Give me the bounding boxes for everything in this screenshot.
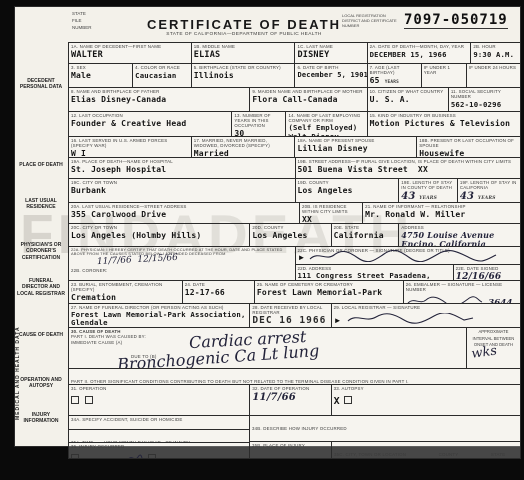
document-subtitle: STATE OF CALIFORNIA—DEPARTMENT OF PUBLIC… bbox=[119, 32, 369, 37]
field-value: DECEMBER 15, 1966 bbox=[370, 50, 469, 59]
field-label: 24. DATE bbox=[185, 282, 252, 287]
field-value: 12-17-66 bbox=[185, 288, 252, 297]
field-value: 30 bbox=[234, 129, 283, 136]
field-birthplace: 5. BIRTHPLACE (STATE OR COUNTRY) Illinoi… bbox=[191, 64, 295, 87]
field-physician-statement: 22A. PHYSICIAN: I HEREBY CERTIFY THAT DE… bbox=[69, 247, 295, 280]
interval-value: 3 wks bbox=[466, 343, 498, 363]
field-residence-city: 20C. CITY OR TOWN Los Angeles (Holmby Hi… bbox=[69, 224, 249, 246]
field-value: St. Joseph Hospital bbox=[71, 165, 293, 174]
field-interval: APPROXIMATE INTERVAL BETWEEN ONSET AND D… bbox=[466, 328, 520, 368]
field-physician-address: 22D. ADDRESS 111 Congress Street Pasaden… bbox=[296, 265, 453, 280]
field-label: 19A. PLACE OF DEATH—NAME OF HOSPITAL bbox=[71, 159, 293, 164]
field-cause-part1: 30. CAUSE OF DEATH PART I. DEATH WAS CAU… bbox=[69, 328, 466, 368]
field-residence-state: 20E. STATE California bbox=[331, 224, 399, 246]
autopsy-checkbox bbox=[344, 396, 352, 404]
field-label: 5. BIRTHPLACE (STATE OR COUNTRY) bbox=[194, 65, 293, 70]
row-certification: 22A. PHYSICIAN: I HEREBY CERTIFY THAT DE… bbox=[69, 246, 520, 280]
field-label: 34A. SPECIFY ACCIDENT, SUICIDE OR HOMICI… bbox=[71, 417, 247, 422]
field-value: December 5, 1901 bbox=[297, 71, 364, 79]
operation-no-checkbox bbox=[85, 396, 93, 404]
field-physician-signature: 22C. PHYSICIAN OR CORONER — SIGNATURE (D… bbox=[296, 247, 521, 265]
field-accident-type: 34A. SPECIFY ACCIDENT, SUICIDE OR HOMICI… bbox=[69, 416, 249, 429]
physician-signature-scrawl bbox=[308, 250, 498, 262]
field-first-name: 1A. NAME OF DECEDENT—FIRST NAME WALTER bbox=[69, 43, 191, 63]
field-if-under-1-year: IF UNDER 1 YEAR bbox=[421, 64, 466, 87]
field-label: 22E. DATE SIGNED bbox=[456, 266, 518, 271]
field-value: Los Angeles (Holmby Hills) bbox=[71, 231, 247, 240]
field-label: 1B. MIDDLE NAME bbox=[194, 44, 293, 49]
field-label: 32. DATE OF OPERATION bbox=[252, 386, 328, 391]
field-value: Mr. Ronald W. Miller bbox=[365, 210, 518, 219]
field-label: 19D. COUNTY bbox=[298, 180, 397, 185]
field-father: 8. NAME AND BIRTHPLACE OF FATHER Elias D… bbox=[69, 88, 249, 111]
field-mother: 9. MAIDEN NAME AND BIRTHPLACE OF MOTHER … bbox=[249, 88, 366, 111]
field-value: California bbox=[334, 231, 397, 240]
field-label: 13. NUMBER OF YEARS IN THIS OCCUPATION bbox=[234, 113, 283, 128]
registrar-arrow: ► bbox=[334, 316, 342, 325]
field-label: 11. SOCIAL SECURITY NUMBER bbox=[451, 89, 518, 99]
field-injury-time: 35A. TIME HOUR MONTH DAY YEAR OF INJURY bbox=[69, 429, 249, 442]
field-informant-address: ADDRESS 4750 Louise Avenue Encino, Calif… bbox=[398, 224, 520, 246]
field-embalmer: 26. EMBALMER — SIGNATURE — LICENSE NUMBE… bbox=[403, 281, 520, 303]
field-label: 7. AGE (LAST BIRTHDAY) bbox=[370, 65, 419, 75]
field-label: 8. NAME AND BIRTHPLACE OF FATHER bbox=[71, 89, 247, 94]
row-place-of-death-1: 19A. PLACE OF DEATH—NAME OF HOSPITAL St.… bbox=[69, 157, 520, 178]
field-value: 43 YEARS bbox=[460, 191, 518, 202]
section-label-residence-text: LAST USUAL RESIDENCE bbox=[25, 198, 57, 210]
field-value: 501 Buena Vista Street XX bbox=[298, 165, 519, 174]
field-value: Founder & Creative Head bbox=[71, 119, 229, 128]
field-label: 26. EMBALMER — SIGNATURE — LICENSE NUMBE… bbox=[406, 282, 518, 292]
field-label: 18A. NAME OF PRESENT SPOUSE bbox=[297, 138, 414, 143]
field-value: Los Angeles bbox=[252, 231, 328, 240]
field-label: 28. DATE RECEIVED BY LOCAL REGISTRAR bbox=[252, 305, 328, 315]
row-place-of-death-2: 19C. CITY OR TOWN Burbank 19D. COUNTY Lo… bbox=[69, 178, 520, 202]
field-value: 4750 Louise Avenue Encino, California bbox=[401, 231, 518, 246]
injury-right-column: 34B. DESCRIBE HOW INJURY OCCURRED 35B. P… bbox=[249, 416, 520, 458]
field-value: 11/7/66 bbox=[252, 392, 328, 403]
field-date-of-birth: 6. DATE OF BIRTH December 5, 1901 bbox=[294, 64, 366, 87]
field-residence-city-limits: 20B. IS RESIDENCE WITHIN CITY LIMITS XX bbox=[299, 203, 362, 223]
field-race: 4. COLOR OR RACE Caucasian bbox=[132, 64, 191, 87]
row-operation-autopsy: 31. OPERATION 32. DATE OF OPERATION 11/7… bbox=[69, 384, 520, 415]
field-industry: 15. KIND OF INDUSTRY OR BUSINESS Motion … bbox=[367, 112, 520, 136]
field-value: U. S. A. bbox=[370, 95, 446, 104]
autopsy-mark: X bbox=[334, 396, 340, 407]
field-value: Burbank bbox=[71, 186, 293, 195]
field-label: 1A. NAME OF DECEDENT—FIRST NAME bbox=[71, 44, 189, 49]
field-value: Motion Pictures & Television bbox=[370, 119, 518, 128]
field-value: 43 YEARS bbox=[401, 191, 455, 202]
field-value: DISNEY bbox=[297, 50, 364, 60]
row-vitals: 3. SEX Male 4. COLOR OR RACE Caucasian 5… bbox=[69, 63, 520, 87]
section-label-decedent: DECEDENT PERSONAL DATA bbox=[16, 78, 66, 91]
field-label: 25. NAME OF CEMETERY OR CREMATORY bbox=[257, 282, 401, 287]
field-spouse-name: 18A. NAME OF PRESENT SPOUSE Lillian Disn… bbox=[294, 137, 416, 157]
field-label: 9. MAIDEN NAME AND BIRTHPLACE OF MOTHER bbox=[252, 89, 364, 94]
signature-arrow: ► bbox=[298, 253, 306, 262]
certification-right-block: 22C. PHYSICIAN OR CORONER — SIGNATURE (D… bbox=[295, 247, 521, 280]
state-file-line: STATE bbox=[72, 11, 92, 18]
field-label: 19C. CITY OR TOWN bbox=[71, 180, 293, 185]
field-label: 23. BURIAL, ENTOMBMENT, CREMATION (SPECI… bbox=[71, 282, 180, 292]
field-date-received: 28. DATE RECEIVED BY LOCAL REGISTRAR DEC… bbox=[249, 304, 330, 327]
field-value: Cremation bbox=[71, 293, 180, 302]
row-funeral-1: 23. BURIAL, ENTOMBMENT, CREMATION (SPECI… bbox=[69, 280, 520, 303]
field-value: 65 YEARS bbox=[370, 76, 419, 85]
field-label: 21. NAME OF INFORMANT — RELATIONSHIP bbox=[365, 204, 518, 209]
field-value: (Self Employed) Walt Disney Productions bbox=[288, 124, 364, 136]
field-value: 562-10-0296 bbox=[451, 100, 518, 109]
cause-part2-label: PART II. OTHER SIGNIFICANT CONDITIONS CO… bbox=[71, 379, 409, 384]
field-label: 6. DATE OF BIRTH bbox=[297, 65, 364, 70]
field-value: Elias Disney-Canada bbox=[71, 95, 247, 104]
injury-county-label: COUNTY bbox=[439, 452, 459, 457]
field-label: 36. INJURY OCCURRED bbox=[71, 444, 247, 449]
field-value: Illinois bbox=[194, 71, 293, 80]
cause-part1-row: 30. CAUSE OF DEATH PART I. DEATH WAS CAU… bbox=[69, 328, 520, 368]
row-name: 1A. NAME OF DECEDENT—FIRST NAME WALTER 1… bbox=[69, 43, 520, 63]
field-ssn: 11. SOCIAL SECURITY NUMBER 562-10-0296 bbox=[448, 88, 520, 111]
field-label: 34B. DESCRIBE HOW INJURY OCCURRED bbox=[252, 426, 347, 431]
field-hospital: 19A. PLACE OF DEATH—NAME OF HOSPITAL St.… bbox=[69, 158, 295, 178]
field-death-street-address: 19B. STREET ADDRESS—IF RURAL GIVE LOCATI… bbox=[295, 158, 521, 178]
field-stay-in-county: 19E. LENGTH OF STAY IN COUNTY OF DEATH 4… bbox=[398, 179, 457, 202]
field-citizenship: 10. CITIZEN OF WHAT COUNTRY U. S. A. bbox=[367, 88, 448, 111]
registration-block: LOCAL REGISTRATION DISTRICT AND CERTIFIC… bbox=[342, 12, 508, 29]
field-date-signed: 22E. DATE SIGNED 12/16/66 bbox=[453, 265, 520, 280]
field-death-county: 19D. COUNTY Los Angeles bbox=[295, 179, 399, 202]
field-death-city: 19C. CITY OR TOWN Burbank bbox=[69, 179, 295, 202]
field-label: 20D. COUNTY bbox=[252, 225, 328, 230]
field-value: 9:30 A.M. bbox=[473, 50, 518, 59]
field-value: ELIAS bbox=[194, 50, 293, 60]
field-label: 3. SEX bbox=[71, 65, 130, 70]
certificate-paper: STATE FILE NUMBER CERTIFICATE OF DEATH S… bbox=[14, 6, 521, 447]
field-if-under-24-hours: IF UNDER 24 HOURS bbox=[466, 64, 520, 87]
field-sex: 3. SEX Male bbox=[69, 64, 132, 87]
certificate-number: 7097-050719 bbox=[404, 12, 508, 29]
field-injury-location: 35C. CITY, TOWN OR LOCATION COUNTY STATE bbox=[331, 442, 520, 458]
row-spouse: 16. LAST SERVED IN U.S. ARMED FORCES (SP… bbox=[69, 136, 520, 157]
state-file-line: NUMBER bbox=[72, 25, 92, 32]
field-value: 355 Carolwood Drive bbox=[71, 210, 297, 219]
field-age: 7. AGE (LAST BIRTHDAY) 65 YEARS bbox=[367, 64, 421, 87]
field-value: XX bbox=[302, 215, 360, 223]
field-value: 111 Congress Street Pasadena, California bbox=[298, 272, 451, 280]
field-marital-status: 17. MARRIED, NEVER MARRIED, WIDOWED, DIV… bbox=[191, 137, 295, 157]
field-label: 2A. DATE OF DEATH—MONTH, DAY, YEAR bbox=[370, 44, 469, 49]
section-label-residence: LAST USUAL RESIDENCE bbox=[16, 198, 66, 213]
field-label: 2B. HOUR bbox=[473, 44, 518, 49]
operation-yes-checkbox bbox=[71, 396, 79, 404]
field-value: Lillian Disney bbox=[297, 144, 414, 153]
field-label: 31. OPERATION bbox=[71, 386, 247, 391]
field-value: Housewife bbox=[419, 149, 518, 157]
field-label: 19F. LENGTH OF STAY IN CALIFORNIA bbox=[460, 180, 518, 190]
field-injury-occurred: 36. INJURY OCCURRED WHILE AT WORK NOT WH… bbox=[69, 442, 249, 458]
field-label: 20B. IS RESIDENCE WITHIN CITY LIMITS bbox=[302, 204, 360, 214]
field-label: 14. NAME OF LAST EMPLOYING COMPANY OR FI… bbox=[288, 113, 364, 123]
state-file-line: FILE bbox=[72, 18, 92, 25]
document-title: CERTIFICATE OF DEATH bbox=[119, 17, 369, 32]
field-residence-street: 20A. LAST USUAL RESIDENCE—STREET ADDRESS… bbox=[69, 203, 299, 223]
field-value: W I bbox=[71, 149, 189, 157]
field-employer: 14. NAME OF LAST EMPLOYING COMPANY OR FI… bbox=[285, 112, 366, 136]
field-value: WALTER bbox=[71, 50, 189, 60]
field-label: 20E. STATE bbox=[334, 225, 397, 230]
field-label: 33. AUTOPSY bbox=[334, 386, 518, 391]
row-occupation: 12. LAST OCCUPATION Founder & Creative H… bbox=[69, 111, 520, 136]
field-value: 12/16/66 bbox=[456, 272, 518, 280]
field-value: Los Angeles bbox=[298, 186, 397, 195]
injury-left-column: 34A. SPECIFY ACCIDENT, SUICIDE OR HOMICI… bbox=[69, 416, 249, 458]
state-file-number-label: STATE FILE NUMBER bbox=[72, 11, 92, 31]
field-funeral-director: 27. NAME OF FUNERAL DIRECTOR (OR PERSON … bbox=[69, 304, 249, 327]
field-label: 18B. PRESENT OR LAST OCCUPATION OF SPOUS… bbox=[419, 138, 518, 148]
field-disposition-date: 24. DATE 12-17-66 bbox=[182, 281, 254, 303]
field-hour: 2B. HOUR 9:30 A.M. bbox=[470, 43, 520, 63]
blank-line bbox=[252, 435, 518, 441]
field-label: 35B. PLACE OF INJURY bbox=[252, 443, 329, 448]
field-value: Flora Call-Canada bbox=[252, 95, 364, 104]
section-label-place-of-death: PLACE OF DEATH bbox=[16, 162, 66, 168]
row-injury: 34A. SPECIFY ACCIDENT, SUICIDE OR HOMICI… bbox=[69, 415, 520, 458]
section-label-physician: PHYSICIAN'S OR CORONER'S CERTIFICATION bbox=[16, 242, 66, 261]
field-label: 19B. STREET ADDRESS—IF RURAL GIVE LOCATI… bbox=[298, 159, 519, 164]
field-value: Forest Lawn Memorial-Park Association, G… bbox=[71, 311, 247, 327]
field-occupation: 12. LAST OCCUPATION Founder & Creative H… bbox=[69, 112, 231, 136]
certificate-form: 1A. NAME OF DECEDENT—FIRST NAME WALTER 1… bbox=[68, 42, 521, 459]
scan-background: STATE FILE NUMBER CERTIFICATE OF DEATH S… bbox=[0, 0, 524, 480]
field-label: 35C. CITY, TOWN OR LOCATION bbox=[334, 452, 406, 457]
row-residence-1: 20A. LAST USUAL RESIDENCE—STREET ADDRESS… bbox=[69, 202, 520, 223]
field-spouse-occupation: 18B. PRESENT OR LAST OCCUPATION OF SPOUS… bbox=[416, 137, 520, 157]
field-cause-part2: PART II. OTHER SIGNIFICANT CONDITIONS CO… bbox=[69, 368, 520, 384]
while-at-work-checkbox bbox=[71, 454, 79, 458]
field-label: 4. COLOR OR RACE bbox=[135, 65, 189, 70]
field-value: Forest Lawn Memorial-Park bbox=[257, 288, 401, 297]
field-stay-in-state: 19F. LENGTH OF STAY IN CALIFORNIA 43 YEA… bbox=[457, 179, 520, 202]
field-operation: 31. OPERATION bbox=[69, 385, 249, 415]
field-label: 1C. LAST NAME bbox=[297, 44, 364, 49]
field-label: 29. LOCAL REGISTRAR — SIGNATURE bbox=[334, 305, 518, 310]
field-autopsy: 33. AUTOPSY X bbox=[331, 385, 520, 415]
field-describe-injury: 34B. DESCRIBE HOW INJURY OCCURRED bbox=[250, 416, 520, 441]
field-informant: 21. NAME OF INFORMANT — RELATIONSHIP Mr.… bbox=[362, 203, 520, 223]
section-label-medical-data: MEDICAL AND HEALTH DATA bbox=[15, 304, 26, 442]
registrar-signature-scrawl bbox=[346, 313, 476, 324]
field-disposition: 23. BURIAL, ENTOMBMENT, CREMATION (SPECI… bbox=[69, 281, 182, 303]
field-label: 16. LAST SERVED IN U.S. ARMED FORCES (SP… bbox=[71, 138, 189, 148]
field-label: 19E. LENGTH OF STAY IN COUNTY OF DEATH bbox=[401, 180, 455, 190]
field-residence-county: 20D. COUNTY Los Angeles bbox=[249, 224, 330, 246]
field-value: Male bbox=[71, 71, 130, 80]
row-funeral-2: 27. NAME OF FUNERAL DIRECTOR (OR PERSON … bbox=[69, 303, 520, 327]
field-middle-name: 1B. MIDDLE NAME ELIAS bbox=[191, 43, 295, 63]
coroner-label: 22B. CORONER: bbox=[71, 268, 293, 273]
field-label: 12. LAST OCCUPATION bbox=[71, 113, 229, 118]
row-cause-of-death: 30. CAUSE OF DEATH PART I. DEATH WAS CAU… bbox=[69, 327, 520, 384]
field-cemetery: 25. NAME OF CEMETERY OR CREMATORY Forest… bbox=[254, 281, 403, 303]
field-years-in-occupation: 13. NUMBER OF YEARS IN THIS OCCUPATION 3… bbox=[231, 112, 285, 136]
embalmer-license-number: 3644 bbox=[488, 298, 512, 303]
embalmer-signature-scrawl bbox=[406, 296, 484, 303]
row-residence-2: 20C. CITY OR TOWN Los Angeles (Holmby Hi… bbox=[69, 223, 520, 246]
field-label: 22A. PHYSICIAN: I HEREBY CERTIFY THAT DE… bbox=[71, 248, 293, 257]
registration-label: LOCAL REGISTRATION DISTRICT AND CERTIFIC… bbox=[342, 13, 400, 29]
field-label: IF UNDER 1 YEAR bbox=[424, 65, 464, 75]
field-label: 17. MARRIED, NEVER MARRIED, WIDOWED, DIV… bbox=[194, 138, 293, 148]
field-label: 20C. CITY OR TOWN bbox=[71, 225, 247, 230]
row-parents: 8. NAME AND BIRTHPLACE OF FATHER Elias D… bbox=[69, 87, 520, 111]
certification-address-row: 22D. ADDRESS 111 Congress Street Pasaden… bbox=[296, 265, 521, 280]
field-label: 15. KIND OF INDUSTRY OR BUSINESS bbox=[370, 113, 518, 118]
field-value: Married bbox=[194, 149, 293, 157]
field-label: 20A. LAST USUAL RESIDENCE—STREET ADDRESS bbox=[71, 204, 297, 209]
injury-scrawl bbox=[127, 454, 143, 458]
field-date-of-death: 2A. DATE OF DEATH—MONTH, DAY, YEAR DECEM… bbox=[367, 43, 471, 63]
field-label: IF UNDER 24 HOURS bbox=[469, 65, 518, 70]
field-war-service: 16. LAST SERVED IN U.S. ARMED FORCES (SP… bbox=[69, 137, 191, 157]
field-operation-date: 32. DATE OF OPERATION 11/7/66 bbox=[249, 385, 330, 415]
not-while-at-work-checkbox bbox=[148, 454, 156, 458]
section-label-funeral: FUNERAL DIRECTOR AND LOCAL REGISTRAR bbox=[16, 278, 66, 297]
registrar-received-stamp: DEC 16 1966 bbox=[252, 315, 328, 326]
field-local-registrar-signature: 29. LOCAL REGISTRAR — SIGNATURE ► bbox=[331, 304, 520, 327]
field-label: 10. CITIZEN OF WHAT COUNTRY bbox=[370, 89, 446, 94]
field-place-of-injury: 35B. PLACE OF INJURY bbox=[250, 442, 331, 458]
injury-state-label: STATE bbox=[491, 452, 506, 457]
injury-place-row: 35B. PLACE OF INJURY 35C. CITY, TOWN OR … bbox=[250, 441, 520, 458]
field-last-name: 1C. LAST NAME DISNEY bbox=[294, 43, 366, 63]
field-value: Caucasian bbox=[135, 71, 189, 80]
